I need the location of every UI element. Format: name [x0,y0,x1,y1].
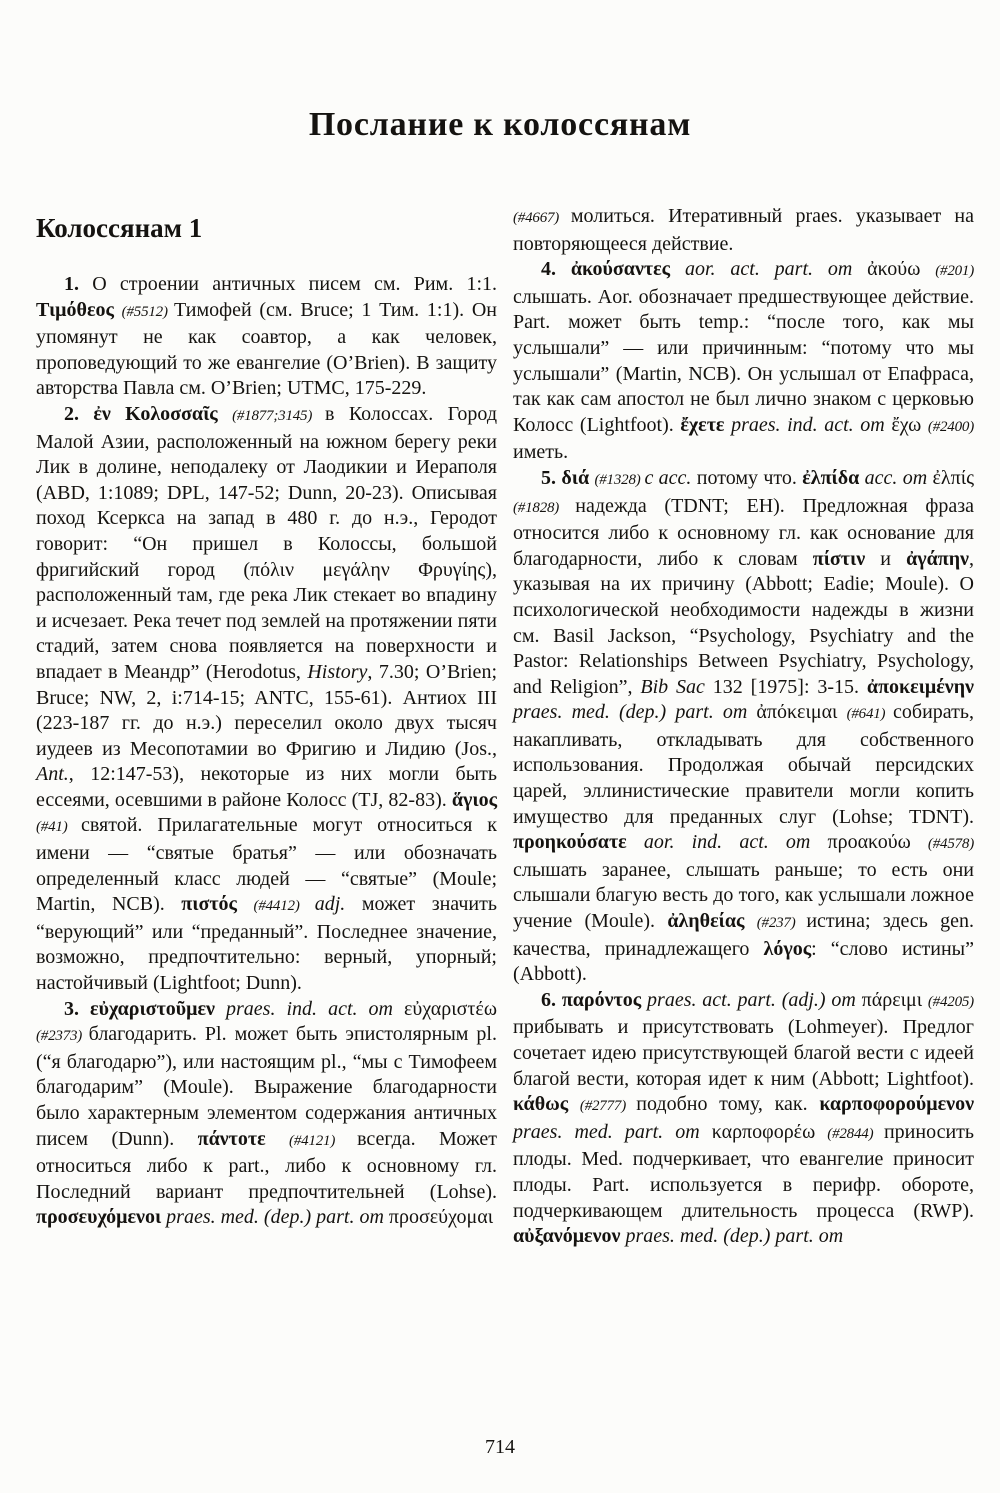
paragraph: (#4667) молиться. Итеративный praes. ука… [513,204,974,257]
section-heading: Колоссянам 1 [36,212,497,244]
right-column: (#4667) молиться. Итеративный praes. ука… [513,204,974,1250]
paragraph: 4. ἀκούσαντες aor. act. part. от ἀκούω (… [513,257,974,466]
page-title: Послание к колоссянам [0,0,1000,144]
right-column-text: (#4667) молиться. Итеративный praes. ука… [513,204,974,1250]
paragraph: 1. О строении античных писем см. Рим. 1:… [36,272,497,402]
paragraph: 2. ἐν Κολοσσαῖς (#1877;3145) в Колоссах.… [36,402,497,997]
page-number: 714 [0,1436,1000,1459]
two-column-layout: Колоссянам 1 1. О строении античных писе… [0,204,1000,1250]
book-page: Послание к колоссянам Колоссянам 1 1. О … [0,0,1000,1493]
paragraph: 3. εὐχαριστοῦμεν praes. ind. act. от εὐχ… [36,997,497,1231]
paragraph: 5. διά (#1328) с acc. потому что. ἐλπίδα… [513,466,974,988]
paragraph: 6. παρόντος praes. act. part. (adj.) от … [513,988,974,1250]
left-column: Колоссянам 1 1. О строении античных писе… [36,204,497,1231]
left-column-text: 1. О строении античных писем см. Рим. 1:… [36,272,497,1231]
